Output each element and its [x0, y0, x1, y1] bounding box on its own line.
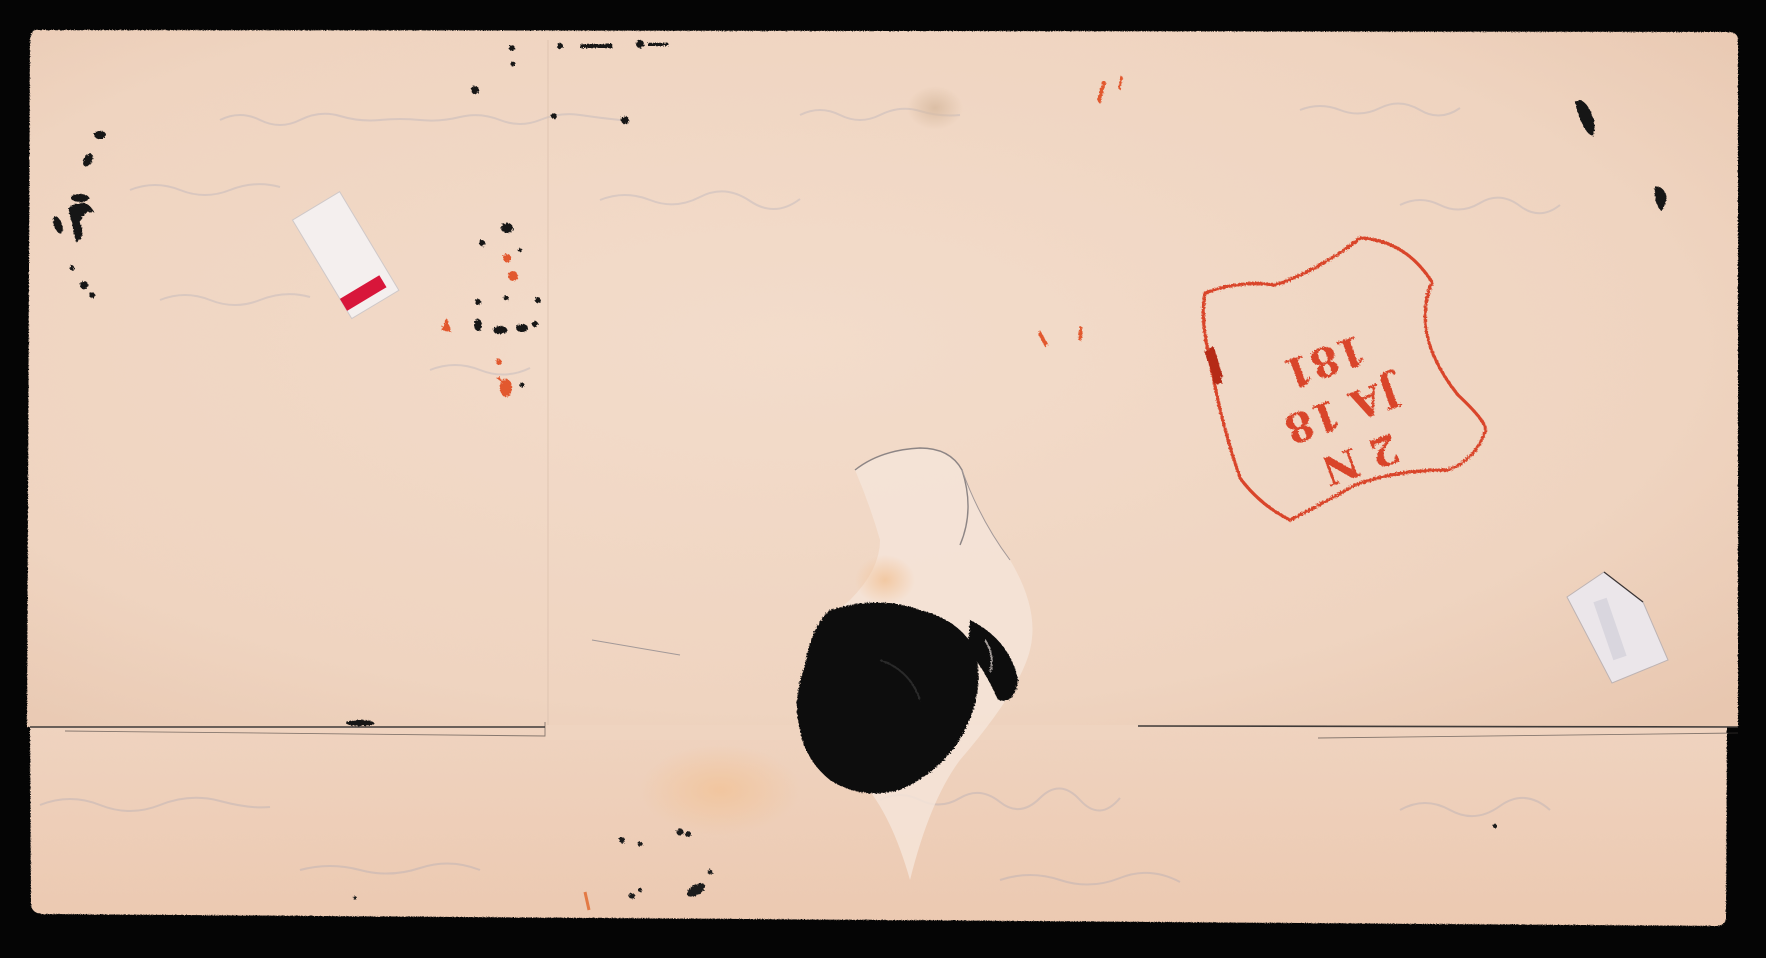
- letter-cover-scene: Folded letter back — red framed date sta…: [0, 0, 1766, 958]
- letter-cover-drawing: 2 N JA 18 181: [0, 0, 1766, 958]
